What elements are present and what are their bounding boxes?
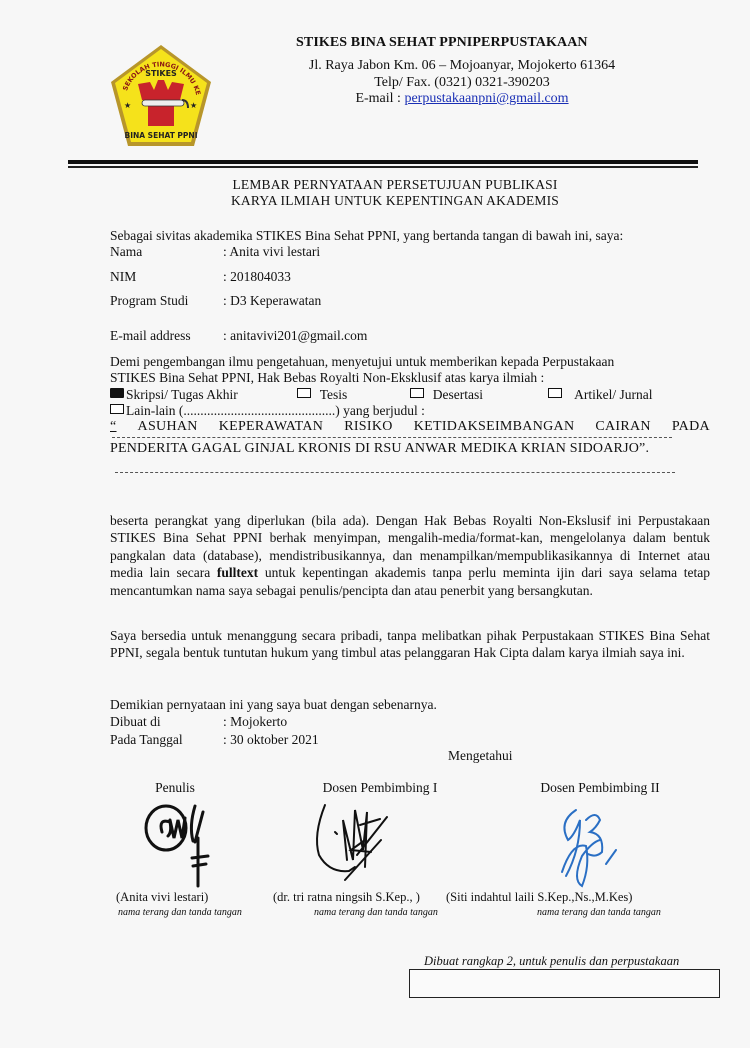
signature-note-supervisor-1: nama terang dan tanda tangan [314,907,438,918]
email-link[interactable]: perpustakaanpni@gmail.com [404,91,568,106]
title-line-1: LEMBAR PERNYATAAN PERSETUJUAN PUBLIKASI [140,177,650,193]
institution-name: STIKES BINA SEHAT PPNIPERPUSTAKAAN [296,35,588,51]
made-at-value: : Mojokerto [223,713,287,730]
option-label: Lain-lain (.............................… [126,403,425,418]
institution-address-block: Jl. Raya Jabon Km. 06 – Mojoanyar, Mojok… [282,58,642,108]
signature-name-supervisor-2: (Siti indahtul laili S.Kep.,Ns.,M.Kes) [446,890,632,905]
footer-box [409,969,720,998]
address: Jl. Raya Jabon Km. 06 – Mojoanyar, Mojok… [282,58,642,75]
signature-name-author: (Anita vivi lestari) [116,890,208,905]
field-label-email: E-mail address [110,327,191,344]
signature-role-author: Penulis [120,780,230,796]
work-title-word: ASUHAN [138,419,198,435]
signature-supervisor-1 [305,800,415,890]
institution-logo: SEKOLAH TINGGI ILMU KESEHATAN STIKES ★ ★… [108,42,214,150]
checkbox-icon[interactable] [297,388,311,398]
svg-text:STIKES: STIKES [145,69,177,78]
liability-paragraph: Saya bersedia untuk menanggung secara pr… [110,627,710,662]
option-label: Desertasi [433,387,483,402]
work-title-word: CAIRAN [595,419,650,435]
field-label-program: Program Studi [110,292,188,309]
dashed-line [112,437,672,438]
open-quote: “ [110,419,117,435]
header-rule [68,160,698,164]
field-value-name: : Anita vivi lestari [223,243,320,260]
svg-text:★: ★ [124,101,131,110]
email-label: E-mail : [355,91,404,106]
made-at-label: Dibuat di [110,713,161,730]
field-label-name: Nama [110,243,142,260]
rights-bold: fulltext [217,565,258,580]
svg-text:BINA SEHAT PPNI: BINA SEHAT PPNI [124,131,197,140]
consent-line-2: STIKES Bina Sehat PPNI, Hak Bebas Royalt… [110,369,544,386]
dashed-line [115,472,675,473]
field-value-nim: : 201804033 [223,268,291,285]
work-title-word: PADA [672,419,710,435]
checkbox-icon[interactable] [548,388,562,398]
option-tesis[interactable]: Tesis [297,386,347,403]
title-line-2: KARYA ILMIAH UNTUK KEPENTINGAN AKADEMIS [140,193,650,209]
signature-author [140,798,220,888]
intro-text: Sebagai sivitas akademika STIKES Bina Se… [110,227,623,244]
signature-role-supervisor-1: Dosen Pembimbing I [300,780,460,796]
field-value-program: : D3 Keperawatan [223,292,321,309]
email-line: E-mail : perpustakaanpni@gmail.com [282,91,642,108]
checkbox-icon[interactable] [410,388,424,398]
checkbox-icon[interactable] [110,404,124,414]
option-artikel[interactable]: Artikel/ Jurnal [548,386,652,403]
option-label: Skripsi/ Tugas Akhir [126,387,238,402]
signature-role-supervisor-2: Dosen Pembimbing II [525,780,675,796]
svg-text:★: ★ [190,101,197,110]
field-value-email: : anitavivi201@gmail.com [223,327,367,344]
option-lain-lain[interactable]: Lain-lain (.............................… [110,402,425,419]
signature-name-supervisor-1: (dr. tri ratna ningsih S.Kep., ) [273,890,420,905]
checkbox-checked-icon[interactable] [110,388,124,398]
work-title-word: RISIKO [344,419,392,435]
phone: Telp/ Fax. (0321) 0321-390203 [282,75,642,92]
work-title-word: KEPERAWATAN [219,419,324,435]
option-skripsi[interactable]: Skripsi/ Tugas Akhir [110,386,238,403]
work-title-line-1: “ ASUHAN KEPERAWATAN RISIKO KETIDAKSEIMB… [110,419,710,435]
made-on-value: : 30 oktober 2021 [223,731,319,748]
acknowledged-label: Mengetahui [448,747,512,764]
header-rule-thin [68,166,698,168]
document-title: LEMBAR PERNYATAAN PERSETUJUAN PUBLIKASI … [140,177,650,209]
work-title-word: KETIDAKSEIMBANGAN [414,419,575,435]
signature-supervisor-2 [548,802,638,892]
consent-line-1: Demi pengembangan ilmu pengetahuan, meny… [110,353,614,370]
closing-statement: Demikian pernyataan ini yang saya buat d… [110,696,437,713]
made-on-label: Pada Tanggal [110,731,183,748]
signature-note-supervisor-2: nama terang dan tanda tangan [537,907,661,918]
footer-note: Dibuat rangkap 2, untuk penulis dan perp… [424,954,679,969]
rights-paragraph: beserta perangkat yang diperlukan (bila … [110,512,710,599]
signature-note-author: nama terang dan tanda tangan [118,907,242,918]
option-desertasi[interactable]: Desertasi [410,386,483,403]
option-label: Artikel/ Jurnal [574,387,652,402]
field-label-nim: NIM [110,268,136,285]
work-title-line-2: PENDERITA GAGAL GINJAL KRONIS DI RSU ANW… [110,441,710,457]
option-label: Tesis [320,387,348,402]
